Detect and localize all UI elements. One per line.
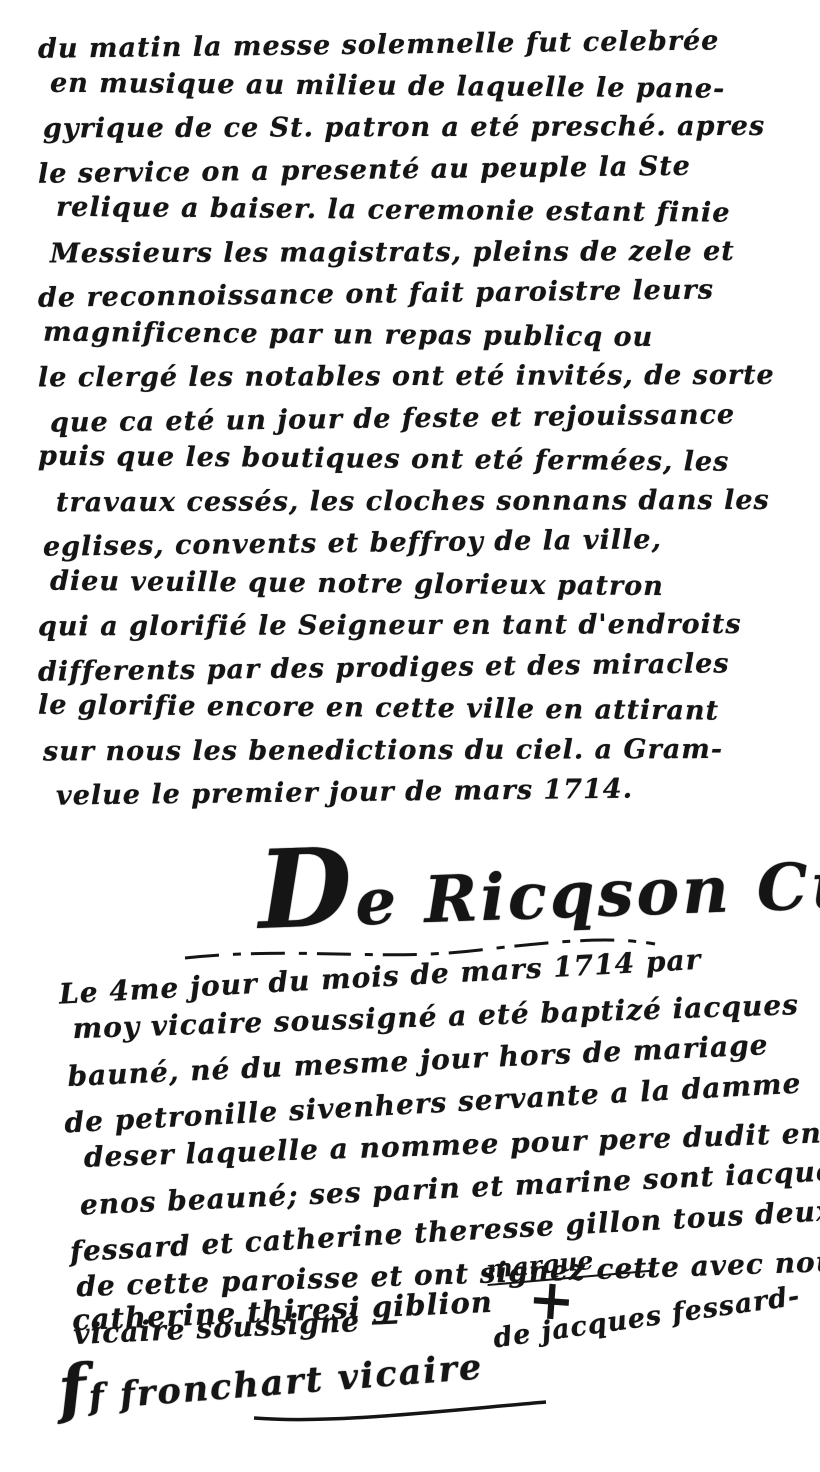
manuscript-line: Messieurs les magistrats, pleins de zele… bbox=[50, 230, 808, 274]
manuscript-line: sur nous les benedictions du ciel. a Gra… bbox=[43, 728, 808, 772]
manuscript-line: gyrique de ce St. patron a eté presché. … bbox=[43, 106, 808, 150]
manuscript-line: relique a baiser. la ceremonie estant fi… bbox=[56, 187, 808, 235]
manuscript-line: en musique au milieu de laquelle le pane… bbox=[50, 62, 808, 110]
manuscript-line: puis que les boutiques ont eté fermées, … bbox=[38, 436, 808, 484]
manuscript-line: velue le premier jour de mars 1714. bbox=[56, 766, 808, 817]
manuscript-page: du matin la messe solemnelle fut celebré… bbox=[0, 0, 820, 1472]
manuscript-line: le clergé les notables ont eté invités, … bbox=[38, 355, 808, 399]
manuscript-line: magnificence par un repas publicq ou bbox=[43, 311, 808, 359]
manuscript-line: dieu veuille que notre glorieux patron bbox=[50, 560, 808, 608]
manuscript-line: le glorifie encore en cette ville en att… bbox=[38, 685, 808, 733]
paragraph-feast-account: du matin la messe solemnelle fut celebré… bbox=[38, 24, 808, 813]
manuscript-line: qui a glorifié le Seigneur en tant d'end… bbox=[38, 604, 808, 648]
vicar-signature-flourish bbox=[250, 1398, 550, 1424]
manuscript-line: du matin la messe solemnelle fut celebré… bbox=[38, 19, 808, 70]
manuscript-line: travaux cessés, les cloches sonnans dans… bbox=[56, 479, 808, 523]
manuscript-line: eglises, convents et beffroy de la ville… bbox=[43, 517, 808, 568]
manuscript-line: de reconnoissance ont fait paroistre leu… bbox=[38, 268, 808, 319]
